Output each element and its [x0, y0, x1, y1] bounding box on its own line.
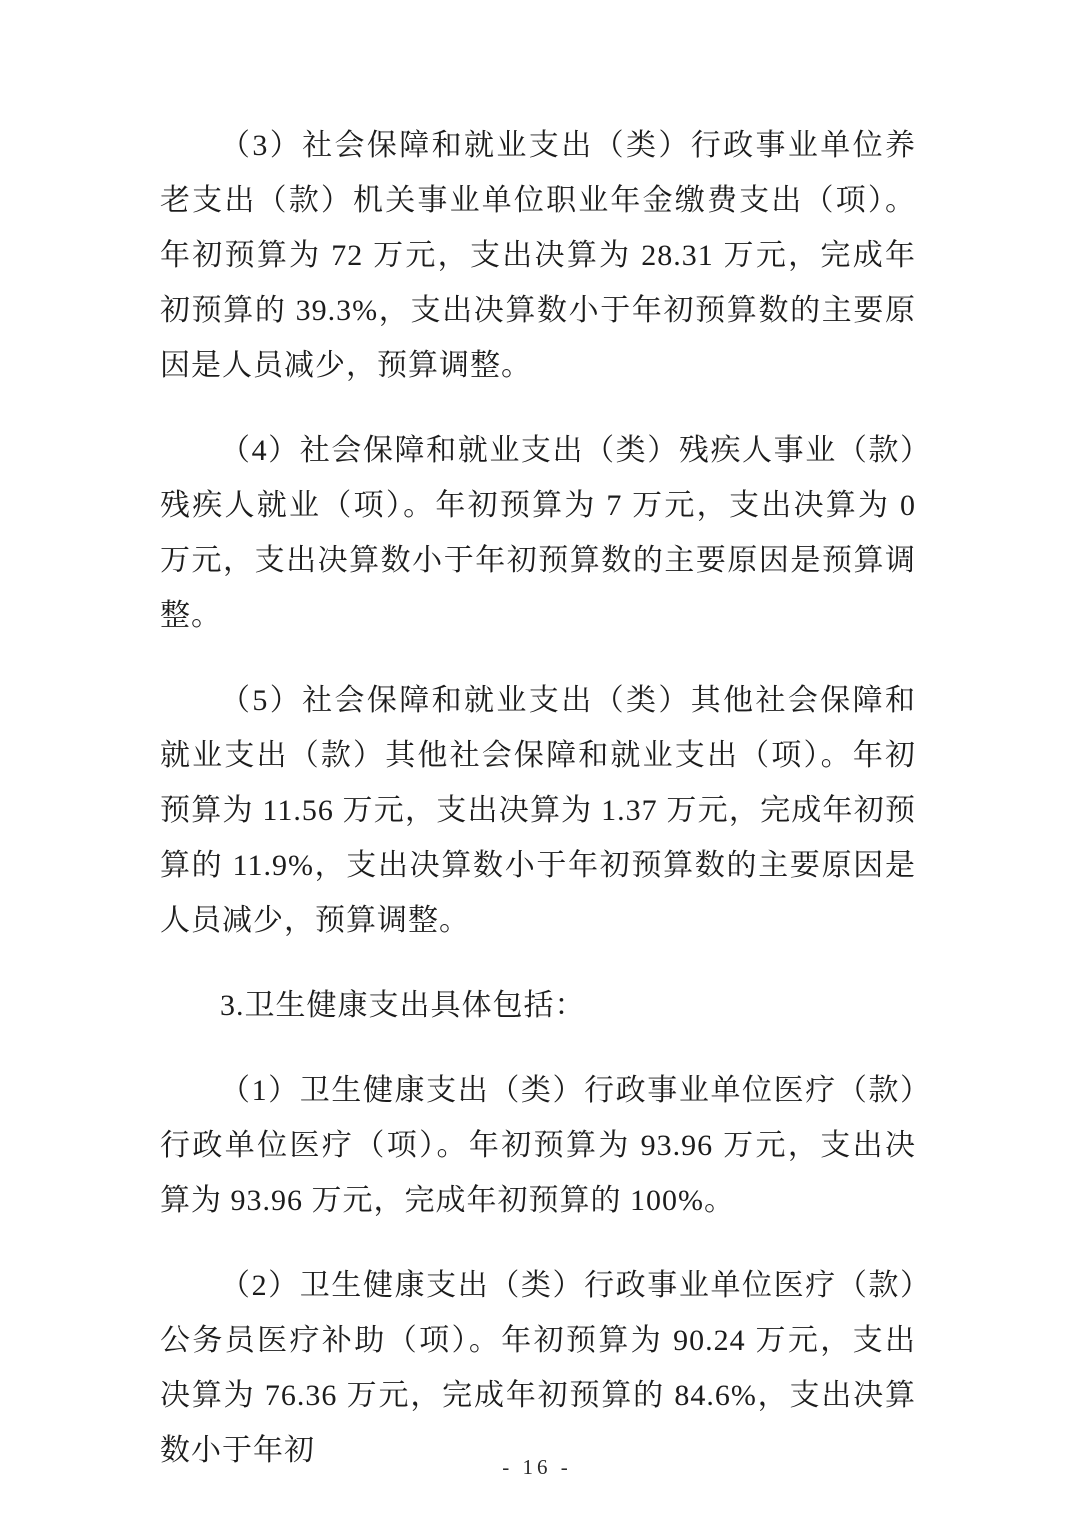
paragraph-social-security-item-4: （4）社会保障和就业支出（类）残疾人事业（款）残疾人就业（项）。年初预算为 7 … — [160, 423, 916, 643]
document-page: （3）社会保障和就业支出（类）行政事业单位养老支出（款）机关事业单位职业年金缴费… — [0, 0, 1074, 1520]
heading-health-expenditure-section: 3.卫生健康支出具体包括： — [160, 978, 916, 1033]
paragraph-health-item-1: （1）卫生健康支出（类）行政事业单位医疗（款）行政单位医疗（项）。年初预算为 9… — [160, 1063, 916, 1228]
page-footer: - 16 - — [0, 1455, 1074, 1480]
page-number: - 16 - — [502, 1455, 572, 1479]
paragraph-social-security-item-5: （5）社会保障和就业支出（类）其他社会保障和就业支出（款）其他社会保障和就业支出… — [160, 673, 916, 948]
document-body: （3）社会保障和就业支出（类）行政事业单位养老支出（款）机关事业单位职业年金缴费… — [160, 118, 916, 1478]
paragraph-health-item-2: （2）卫生健康支出（类）行政事业单位医疗（款）公务员医疗补助（项）。年初预算为 … — [160, 1258, 916, 1478]
paragraph-social-security-item-3: （3）社会保障和就业支出（类）行政事业单位养老支出（款）机关事业单位职业年金缴费… — [160, 118, 916, 393]
